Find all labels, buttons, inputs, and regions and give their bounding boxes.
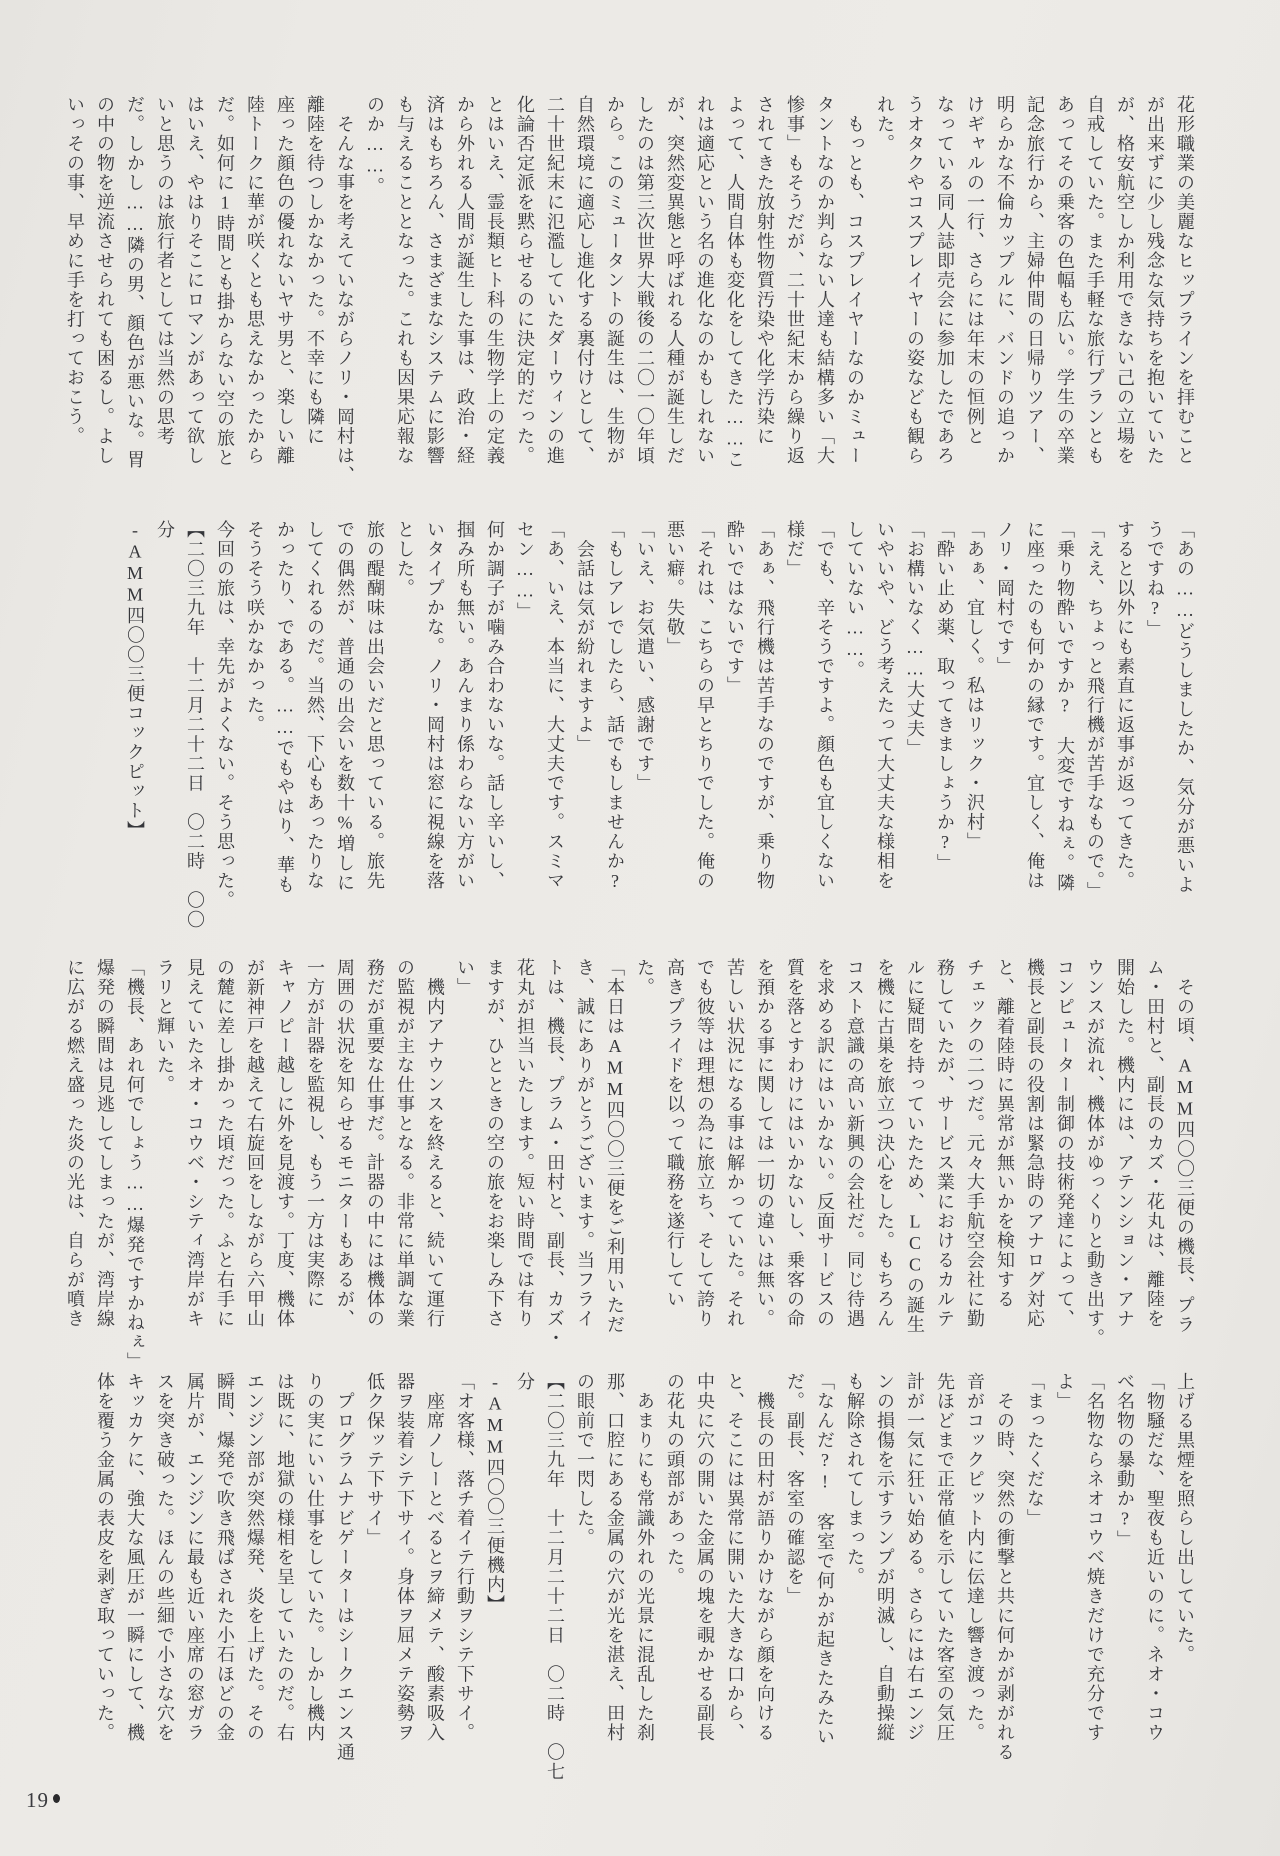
text-column: コスト意識の高い新興の会社だ。同じ待遇 xyxy=(840,958,870,1350)
text-column: ウンスが流れ、機体がゆっくりと動き出す。 xyxy=(1080,958,1110,1350)
text-column: を求める訳にはいかない。反面サービスの xyxy=(810,958,840,1350)
text-column: から。このミュータントの誕生は、生物が xyxy=(600,95,630,475)
text-column: 化論否定派を黙らせるのに決定的だった。 xyxy=(510,95,540,475)
text-column: も解除されてしまった。 xyxy=(840,1372,870,1798)
text-column: 一方が計器を監視し、もう一方は実際に xyxy=(300,958,330,1350)
text-column: トは、機長、プラム・田村と、副長、カズ・ xyxy=(540,958,570,1350)
text-column: 様だ」 xyxy=(780,520,810,912)
text-column: そうそう咲かなかった。 xyxy=(240,520,270,912)
text-column: そんな事を考えていながらノリ・岡村は、 xyxy=(330,95,360,475)
text-column: 自然環境に適応し進化する裏付けとして、 xyxy=(570,95,600,475)
text-column: 高きプライドを以って職務を遂行してい xyxy=(660,958,690,1350)
text-column: -AMM四〇〇三便コックピット】 xyxy=(120,520,150,912)
text-column: の監視が主な仕事となる。非常に単調な業 xyxy=(390,958,420,1350)
text-column: の花丸の頭部があった。 xyxy=(660,1372,690,1798)
text-column: 離陸を待つしかなかった。不幸にも隣に xyxy=(300,95,330,475)
text-column: ム・田村と、副長のカズ・花丸は、離陸を xyxy=(1140,958,1170,1350)
text-column: 質を落とすわけにはいかないし、乗客の命 xyxy=(780,958,810,1350)
text-column: 「あ、いえ、本当に、大丈夫です。スミマ xyxy=(540,520,570,912)
text-column: 「本日はAMM四〇〇三便をご利用いただ xyxy=(600,958,630,1350)
text-column: 「まったくだな」 xyxy=(1020,1372,1050,1798)
text-band-1: 花形職業の美麗なヒップラインを拝むことが出来ずに少し残念な気持ちを抱いていたが、… xyxy=(60,95,1200,475)
text-column: 会話は気が紛れますよ」 xyxy=(570,520,600,912)
text-column: 中央に穴の開いた金属の塊を覗かせる副長 xyxy=(690,1372,720,1798)
text-band-3: その頃、AMM四〇〇三便の機長、プラム・田村と、副長のカズ・花丸は、離陸を開始し… xyxy=(60,958,1200,1350)
page-number: 19 xyxy=(26,1788,49,1813)
text-column: た。 xyxy=(630,958,660,1350)
text-column: が出来ずに少し残念な気持ちを抱いていた xyxy=(1140,95,1170,475)
text-column: が、突然変異態と呼ばれる人種が誕生しだ xyxy=(660,95,690,475)
text-column: いっその事、早めに手を打っておこう。 xyxy=(60,95,90,475)
text-column: 「物騒だな、聖夜も近いのに。ネオ・コウ xyxy=(1140,1372,1170,1798)
text-column: 花丸が担当いたします。短い時間では有り xyxy=(510,958,540,1350)
text-column: 「いえ、お気遣い、感謝です」 xyxy=(630,520,660,912)
text-column: から外れる人間が誕生した事は、政治・経 xyxy=(450,95,480,475)
text-band-4: 上げる黒煙を照らし出していた。「物騒だな、聖夜も近いのに。ネオ・コウべ名物の暴動… xyxy=(90,1372,1200,1798)
text-column: れた。 xyxy=(870,95,900,475)
text-column: と、離着陸時に異常が無いかを検知する xyxy=(990,958,1020,1350)
text-column: 分 xyxy=(150,520,180,912)
text-column: 座った顔色の優れないヤサ男と、楽しい離 xyxy=(270,95,300,475)
text-column: 計が一気に狂い始める。さらには右エンジ xyxy=(900,1372,930,1798)
text-column: 済はもちろん、さまざまなシステムに影響 xyxy=(420,95,450,475)
text-column: 何か調子が噛み合わないな。話し辛いし、 xyxy=(480,520,510,912)
text-column: 「名物ならネオコウベ焼きだけで充分です xyxy=(1080,1372,1110,1798)
text-column: あまりにも常識外れの光景に混乱した刹 xyxy=(630,1372,660,1798)
text-column: 惨事」もそうだが、二十世紀末から繰り返 xyxy=(780,95,810,475)
text-column: 上げる黒煙を照らし出していた。 xyxy=(1170,1372,1200,1798)
text-column: 「あぁ、宜しく。私はリック・沢村」 xyxy=(960,520,990,912)
text-column: エンジン部が突然爆発、炎を上げた。その xyxy=(240,1372,270,1798)
text-column: 「なんだ?! 客室で何かが起きたみたい xyxy=(810,1372,840,1798)
text-column: 音がコックピット内に伝達し響き渡った。 xyxy=(960,1372,990,1798)
text-column: だ。副長、客室の確認を」 xyxy=(780,1372,810,1798)
text-column: 瞬間、爆発で吹き飛ばされた小石ほどの金 xyxy=(210,1372,240,1798)
text-column: 務していたが、サービス業におけるカルテ xyxy=(930,958,960,1350)
text-column: もっとも、コスプレイヤーなのかミュー xyxy=(840,95,870,475)
text-column: を機に古巣を旅立つ決心をした。もちろん xyxy=(870,958,900,1350)
text-column: 機内アナウンスを終えると、続いて運行 xyxy=(420,958,450,1350)
text-column: かったり、である。……でもやはり、華も xyxy=(270,520,300,912)
text-column: 二十世紀末に氾濫していたダーウィンの進 xyxy=(540,95,570,475)
text-column: 自戒していた。また手軽な旅行プランとも xyxy=(1080,95,1110,475)
text-column: 「オ客様、落チ着イテ行動ヲシテ下サイ。 xyxy=(450,1372,480,1798)
text-column: 爆発の瞬間は見逃してしまったが、湾岸線 xyxy=(90,958,120,1350)
text-column: コンピューター制御の技術発達によって、 xyxy=(1050,958,1080,1350)
scan-speck xyxy=(53,1794,60,1803)
text-column: プログラムナビゲーターはシークエンス通 xyxy=(330,1372,360,1798)
text-column: れは適応という名の進化なのかもしれない xyxy=(690,95,720,475)
text-column: ルに疑問を持っていたため、LCCの誕生 xyxy=(900,958,930,1350)
scanned-page: 花形職業の美麗なヒップラインを拝むことが出来ずに少し残念な気持ちを抱いていたが、… xyxy=(0,0,1280,1856)
text-column: に広がる燃え盛った炎の光は、自らが噴き xyxy=(60,958,90,1350)
text-column: 【二〇三九年 十二月二十二日 〇二時 〇〇 xyxy=(180,520,210,912)
text-column: とはいえ、霊長類ヒト科の生物学上の定義 xyxy=(480,95,510,475)
text-column: 機長の田村が語りかけながら顔を向ける xyxy=(750,1372,780,1798)
text-column: したのは第三次世界大戦後の二〇一〇年頃 xyxy=(630,95,660,475)
text-column: うですね?」 xyxy=(1140,520,1170,912)
text-column: よって、人間自体も変化をしてきた……こ xyxy=(720,95,750,475)
text-column: -AMM四〇〇三便機内】 xyxy=(480,1372,510,1798)
text-column: での偶然が、普通の出会いを数十%増しに xyxy=(330,520,360,912)
text-column: も与えることとなった。これも因果応報な xyxy=(390,95,420,475)
text-column: 分 xyxy=(510,1372,540,1798)
text-column: 「乗り物酔いですか? 大変ですねぇ。隣 xyxy=(1050,520,1080,912)
text-column: 開始した。機内には、アテンション・アナ xyxy=(1110,958,1140,1350)
text-column: でも彼等は理想の為に旅立ち、そして誇り xyxy=(690,958,720,1350)
text-column: と、そこには異常に開いた大きな口から、 xyxy=(720,1372,750,1798)
text-column: いやいや、どう考えたって大丈夫な様相を xyxy=(870,520,900,912)
text-column: 「あぁ、飛行機は苦手なのですが、乗り物 xyxy=(750,520,780,912)
text-column: されてきた放射性物質汚染や化学汚染に xyxy=(750,95,780,475)
text-column: あってその乗客の色幅も広い。学生の卒業 xyxy=(1050,95,1080,475)
text-column: 今回の旅は、幸先がよくない。そう思った。 xyxy=(210,520,240,912)
text-column: 「ええ、ちょっと飛行機が苦手なもので。」 xyxy=(1080,520,1110,912)
text-column: 那、口腔にある金属の穴が光を湛え、田村 xyxy=(600,1372,630,1798)
text-column: はいえ、やはりそこにロマンがあって欲し xyxy=(180,95,210,475)
text-column: 【二〇三九年 十二月二十二日 〇二時 〇七 xyxy=(540,1372,570,1798)
text-column: 低ク保ッテ下サイ」 xyxy=(360,1372,390,1798)
text-column: 座席ノしーとべるとヲ締メテ、酸素吸入 xyxy=(420,1372,450,1798)
text-column: ますが、ひとときの空の旅をお楽しみ下さ xyxy=(480,958,510,1350)
text-column: 「お構いなく……大丈夫」 xyxy=(900,520,930,912)
text-column: チェックの二つだ。元々大手航空会社に勤 xyxy=(960,958,990,1350)
text-column: いタイプかな。ノリ・岡村は窓に視線を落 xyxy=(420,520,450,912)
text-column: 苦しい状況になる事は解かっていた。それ xyxy=(720,958,750,1350)
text-column: べ名物の暴動か?」 xyxy=(1110,1372,1140,1798)
text-column: セン……」 xyxy=(510,520,540,912)
text-column: だ。如何に1時間とも掛からない空の旅と xyxy=(210,95,240,475)
text-column: 「それは、こちらの早とちりでした。俺の xyxy=(690,520,720,912)
text-column: その頃、AMM四〇〇三便の機長、プラ xyxy=(1170,958,1200,1350)
text-column: 器ヲ装着シテ下サイ。身体ヲ屈メテ姿勢ヲ xyxy=(390,1372,420,1798)
text-column: の麓に差し掛かった頃だった。ふと右手に xyxy=(210,958,240,1350)
text-column: 「あの……どうしましたか、気分が悪いよ xyxy=(1170,520,1200,912)
text-column: タントなのか判らない人達も結構多い「大 xyxy=(810,95,840,475)
text-column: よ」 xyxy=(1050,1372,1080,1798)
text-column: だ。しかし……隣の男、顔色が悪いな。胃 xyxy=(120,95,150,475)
text-column: とした。 xyxy=(390,520,420,912)
text-column: その時、突然の衝撃と共に何かが剥がれる xyxy=(990,1372,1020,1798)
text-column: キッカケに、強大な風圧が一瞬にして、機 xyxy=(120,1372,150,1798)
text-column: 花形職業の美麗なヒップラインを拝むこと xyxy=(1170,95,1200,475)
text-column: していない……。 xyxy=(840,520,870,912)
text-column: 旅の醍醐味は出会いだと思っている。旅先 xyxy=(360,520,390,912)
text-column: を預かる事に関しては一切の違いは無い。 xyxy=(750,958,780,1350)
text-column: 属片が、エンジンに最も近い座席の窓ガラ xyxy=(180,1372,210,1798)
text-column: が、格安航空しか利用できない己の立場を xyxy=(1110,95,1140,475)
text-column: い」 xyxy=(450,958,480,1350)
text-column: 陸トークに華が咲くとも思えなかったから xyxy=(240,95,270,475)
text-column: 先ほどまで正常値を示していた客室の気圧 xyxy=(930,1372,960,1798)
text-column: 明らかな不倫カップルに、バンドの追っか xyxy=(990,95,1020,475)
text-column: スを突き破った。ほんの些細で小さな穴を xyxy=(150,1372,180,1798)
text-column: 見えていたネオ・コウベ・シティ湾岸がキ xyxy=(180,958,210,1350)
text-column: の中の物を逆流させられても困るし。よし xyxy=(90,95,120,475)
text-column: うオタクやコスプレイヤーの姿なども観ら xyxy=(900,95,930,475)
text-column: の眼前で一閃した。 xyxy=(570,1372,600,1798)
text-column: すると以外にも素直に返事が返ってきた。 xyxy=(1110,520,1140,912)
text-column: 掴み所も無い。あんまり係わらない方がい xyxy=(450,520,480,912)
text-column: が新神戸を越えて右旋回をしながら六甲山 xyxy=(240,958,270,1350)
text-column: いと思うのは旅行者としては当然の思考 xyxy=(150,95,180,475)
text-column: 周囲の状況を知らせるモニターもあるが、 xyxy=(330,958,360,1350)
text-column: 記念旅行から、主婦仲間の日帰りツアー、 xyxy=(1020,95,1050,475)
text-column: けギャルの一行、さらには年末の恒例と xyxy=(960,95,990,475)
text-column: は既に、地獄の様相を呈していたのだ。右 xyxy=(270,1372,300,1798)
text-column: のか……。 xyxy=(360,95,390,475)
text-column: 「酔い止め薬、取ってきましょうか?」 xyxy=(930,520,960,912)
text-column: キャノピー越しに外を見渡す。丁度、機体 xyxy=(270,958,300,1350)
text-column: ラリと輝いた。 xyxy=(150,958,180,1350)
text-column: 体を覆う金属の表皮を剥ぎ取っていった。 xyxy=(90,1372,120,1798)
text-column: 「でも、辛そうですよ。顔色も宜しくない xyxy=(810,520,840,912)
text-column: ンの損傷を示すランプが明滅し、自動操縦 xyxy=(870,1372,900,1798)
text-column: 「もしアレでしたら、話でもしませんか? xyxy=(600,520,630,912)
text-column: 務だが重要な仕事だ。計器の中には機体の xyxy=(360,958,390,1350)
text-column: なっている同人誌即売会に参加したであろ xyxy=(930,95,960,475)
text-column: ノリ・岡村です」 xyxy=(990,520,1020,912)
text-band-2: 「あの……どうしましたか、気分が悪いようですね?」すると以外にも素直に返事が返っ… xyxy=(120,520,1200,912)
text-column: りの実にいい仕事をしていた。しかし機内 xyxy=(300,1372,330,1798)
text-column: に座ったのも何かの縁です。宜しく、俺は xyxy=(1020,520,1050,912)
text-column: 悪い癖。失敬」 xyxy=(660,520,690,912)
text-column: してくれるのだ。当然、下心もあったりな xyxy=(300,520,330,912)
text-column: 機長と副長の役割は緊急時のアナログ対応 xyxy=(1020,958,1050,1350)
text-column: き、誠にありがとうございます。当フライ xyxy=(570,958,600,1350)
text-column: 酔いではないです」 xyxy=(720,520,750,912)
text-column: 「機長、あれ何でしょう……爆発ですかねぇ」 xyxy=(120,958,150,1350)
